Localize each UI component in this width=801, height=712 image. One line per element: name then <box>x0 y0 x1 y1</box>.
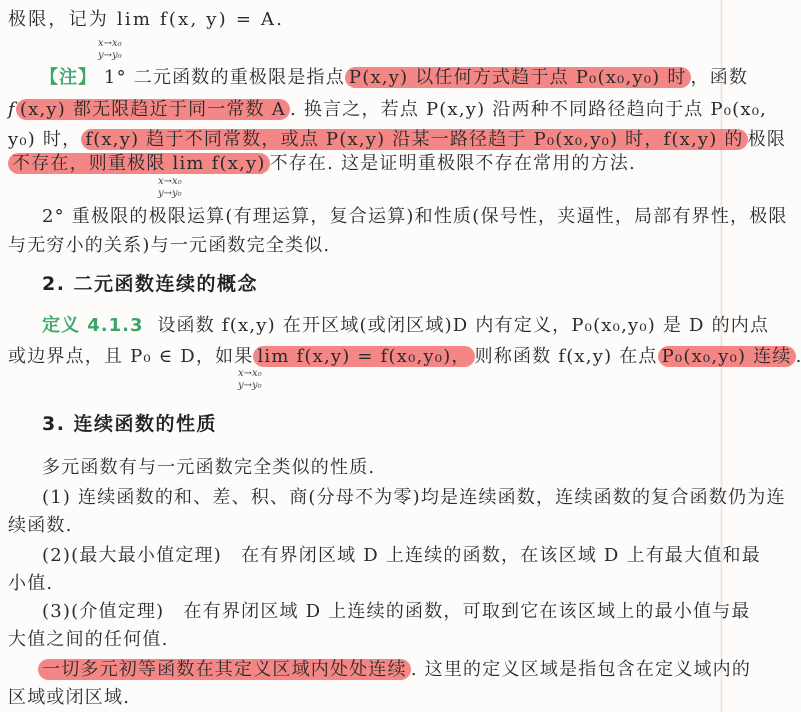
paragraph-line: (3)(介值定理) 在有界闭区域 D 上连续的函数，可取到它在该区域上的最小值与… <box>42 600 751 624</box>
paragraph-line: 不存在，则重极限 lim f(x,y)不存在. 这是证明重极限不存在常用的方法. <box>8 152 636 176</box>
paragraph-line: 大值之间的任何值. <box>8 628 169 652</box>
paragraph-line: 续函数. <box>8 514 73 538</box>
paragraph-line: 多元函数有与一元函数完全类似的性质. <box>42 456 375 480</box>
paragraph-line: 2° 重极限的极限运算(有理运算，复合运算)和性质(保号性，夹逼性，局部有界性，… <box>42 205 788 229</box>
paragraph-line: 与无穷小的关系)与一元函数完全类似. <box>8 234 330 258</box>
highlight-mark: 一切多元初等函数在其定义区域内处处连续 <box>38 659 411 680</box>
paragraph-line: (1) 连续函数的和、差、积、商(分母不为零)均是连续函数，连续函数的复合函数仍… <box>42 486 786 510</box>
textbook-page: 极限，记为 lim f(x, y) = A. x→x₀ y→y₀ 【注】 1° … <box>0 0 801 712</box>
paragraph-line: 极限，记为 lim f(x, y) = A. <box>8 8 284 32</box>
section-heading: 3. 连续函数的性质 <box>42 412 217 436</box>
definition-label: 定义 4.1.3 <box>42 315 144 336</box>
note-paragraph-line: 【注】 1° 二元函数的重极限是指点P(x,y) 以任何方式趋于点 P₀(x₀,… <box>40 66 748 90</box>
definition-line: 或边界点，且 P₀ ∈ D，如果lim f(x,y) = f(x₀,y₀)，则称… <box>8 345 801 369</box>
limit-subscript: y→y₀ <box>98 50 122 62</box>
limit-subscript: y→y₀ <box>158 188 182 200</box>
highlight-mark: (x,y) 都无限趋近于同一常数 A <box>16 99 290 120</box>
section-heading: 2. 二元函数连续的概念 <box>42 272 258 296</box>
paragraph-line: 区域或闭区域. <box>8 686 130 710</box>
definition-line: 定义 4.1.3 设函数 f(x,y) 在开区域(或闭区域)D 内有定义，P₀(… <box>42 314 769 338</box>
note-label: 【注】 <box>40 67 97 88</box>
highlight-mark: lim f(x,y) = f(x₀,y₀)， <box>253 346 474 367</box>
limit-subscript: x→x₀ <box>158 176 182 188</box>
paragraph-line: y₀) 时，f(x,y) 趋于不同常数，或点 P(x,y) 沿某一路径趋于 P₀… <box>8 128 786 152</box>
highlight-mark: P₀(x₀,y₀) 连续 <box>658 346 796 367</box>
highlight-mark: 不存在，则重极限 lim f(x,y) <box>8 153 270 174</box>
paragraph-line: f(x,y) 都无限趋近于同一常数 A. 换言之，若点 P(x,y) 沿两种不同… <box>8 98 767 122</box>
paragraph-line: 一切多元初等函数在其定义区域内处处连续. 这里的定义区域是指包含在定义域内的 <box>38 658 751 682</box>
highlight-mark: f(x,y) 趋于不同常数，或点 P(x,y) 沿某一路径趋于 P₀(x₀,y₀… <box>81 129 747 150</box>
paragraph-line: 小值. <box>8 572 53 596</box>
limit-subscript: x→x₀ <box>238 368 262 380</box>
paragraph-line: (2)(最大最小值定理) 在有界闭区域 D 上连续的函数，在该区域 D 上有最大… <box>42 544 761 568</box>
highlight-mark: P(x,y) 以任何方式趋于点 P₀(x₀,y₀) 时 <box>345 67 691 88</box>
limit-subscript: y→y₀ <box>238 380 262 392</box>
limit-subscript: x→x₀ <box>98 38 122 50</box>
